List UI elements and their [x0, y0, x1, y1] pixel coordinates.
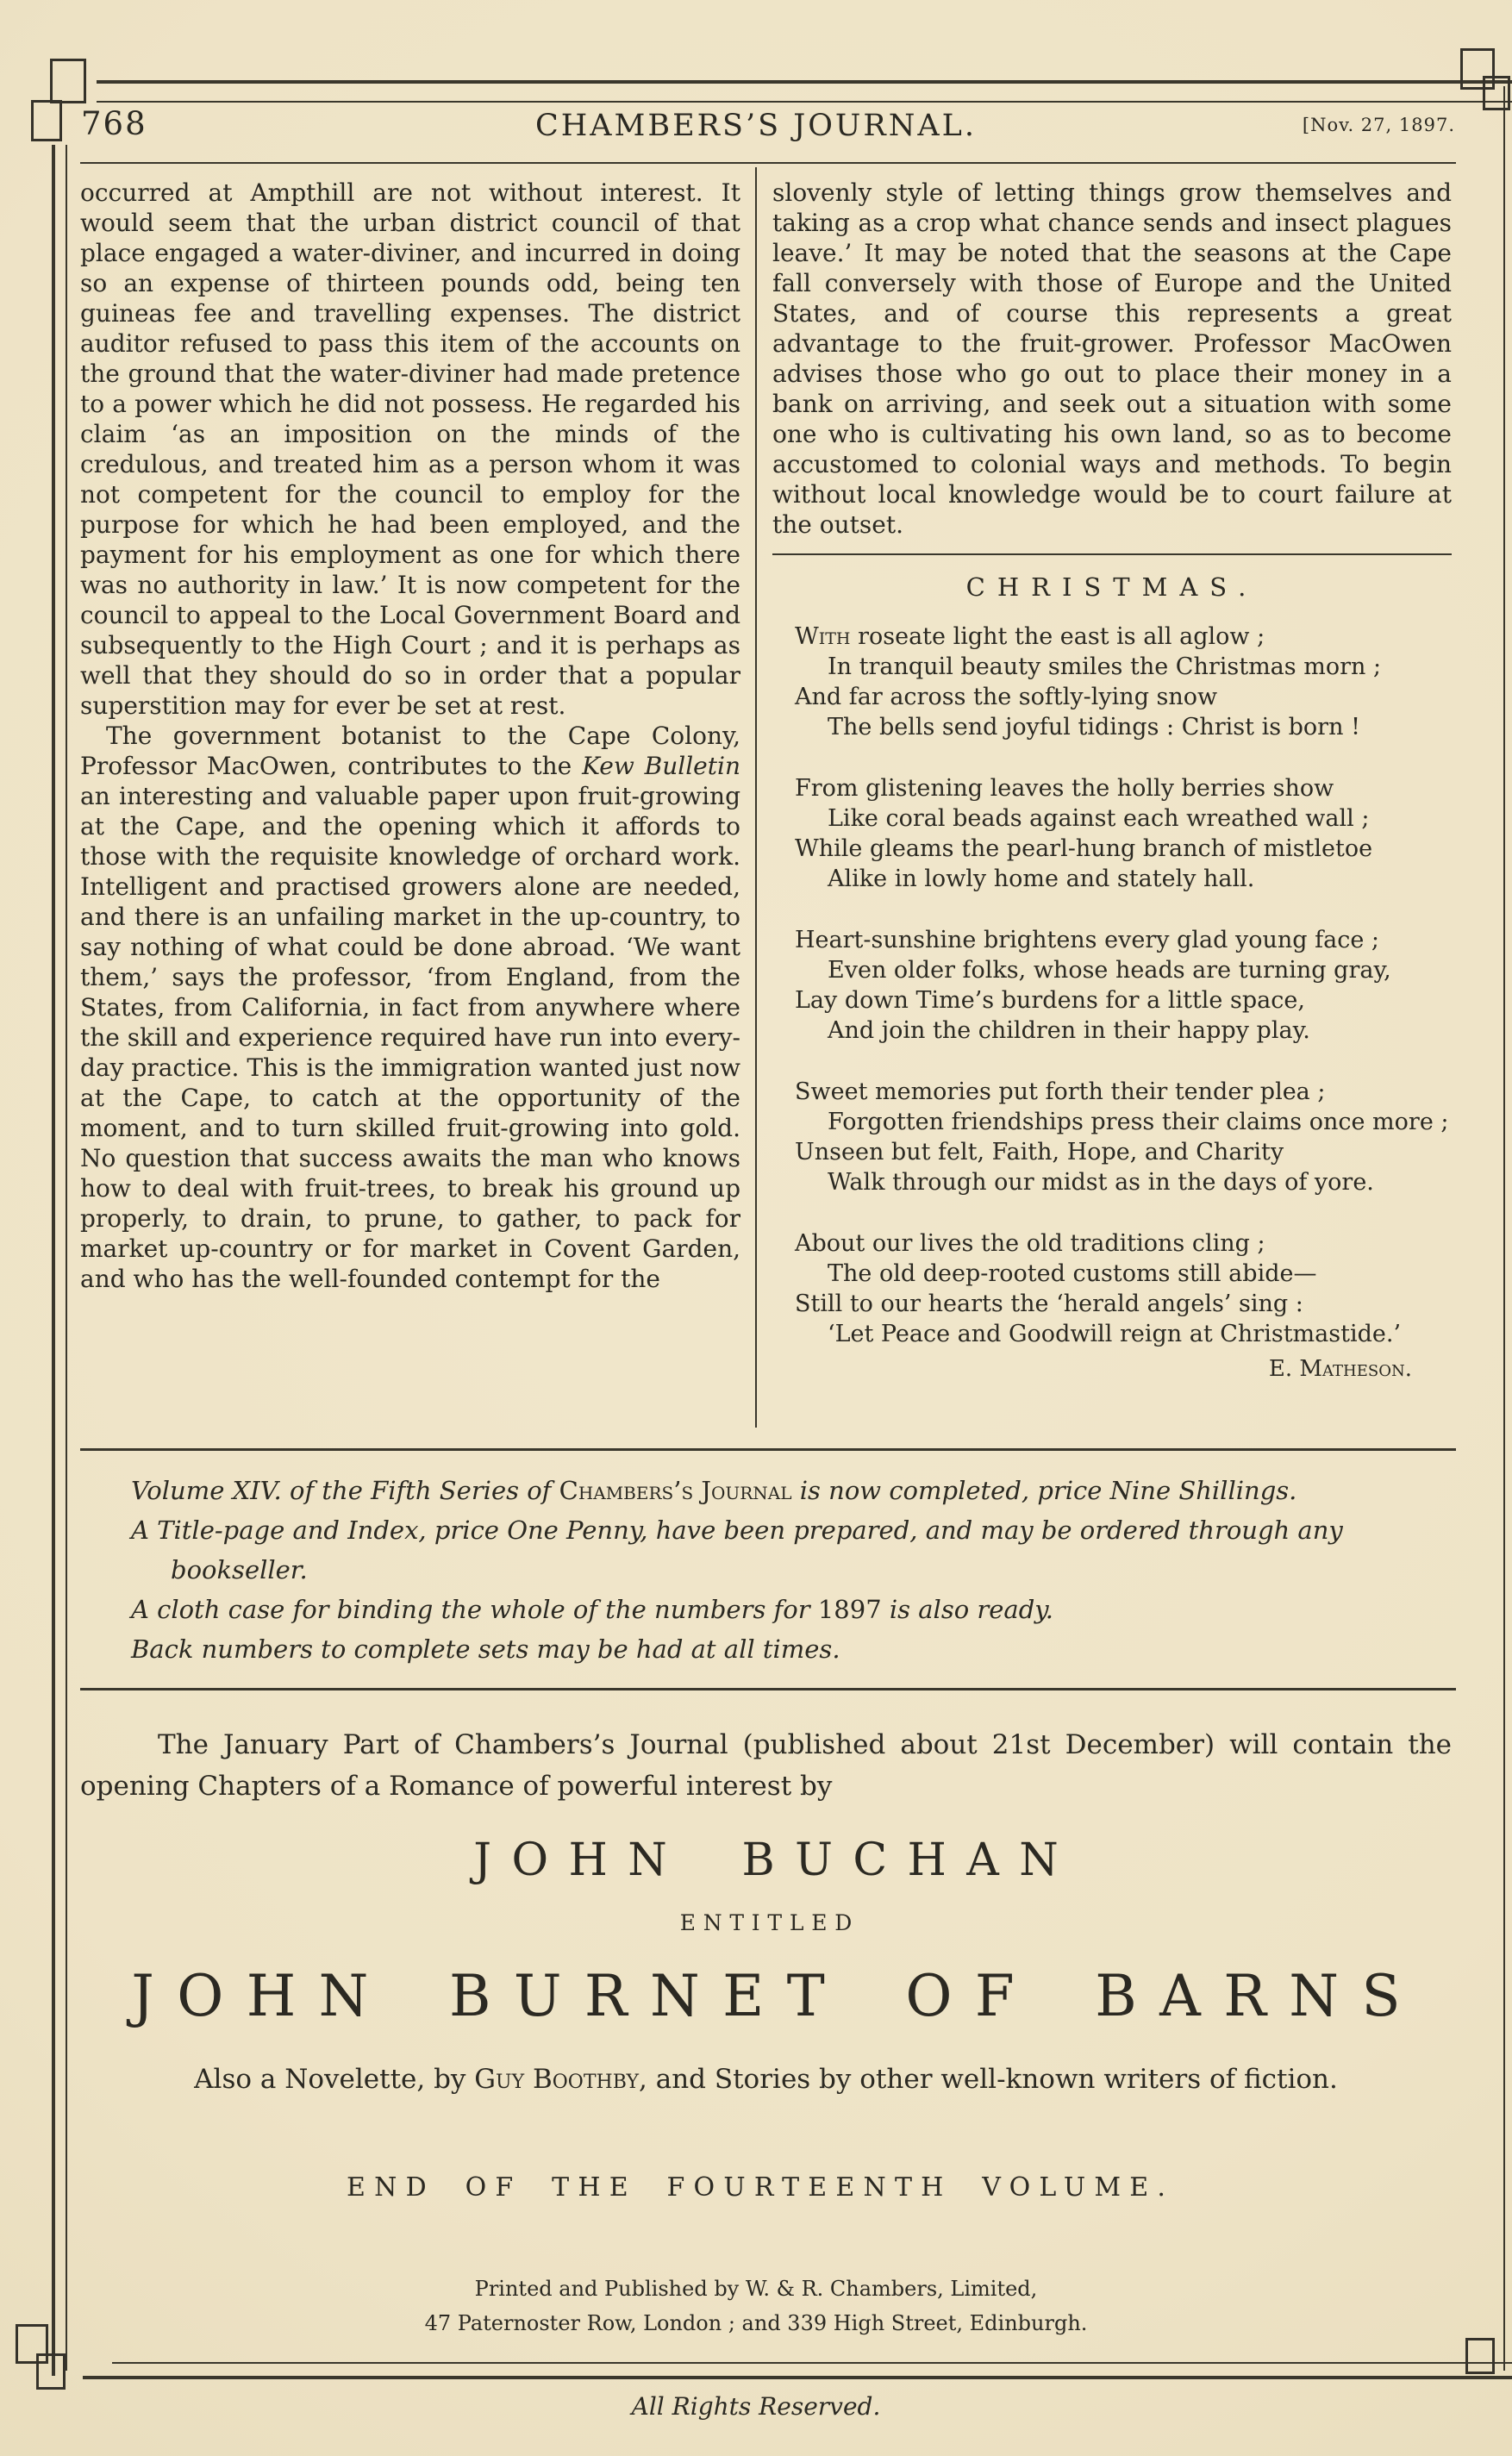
- imprint-line: Printed and Published by W. & R. Chamber…: [0, 2272, 1512, 2306]
- poem-opening-word: With: [795, 623, 851, 650]
- year-figure: 1897: [818, 1595, 882, 1624]
- notice: A cloth case for binding the whole of th…: [80, 1590, 1452, 1629]
- author-name: JOHN BUCHAN: [80, 1834, 1452, 1886]
- journal-name-smallcaps: Chambers’s Journal: [559, 1476, 792, 1505]
- notices-top-rule: [80, 1448, 1456, 1451]
- poem-line: In tranquil beauty smiles the Christmas …: [772, 652, 1452, 682]
- announcement-top-rule: [80, 1688, 1456, 1690]
- poem-line: The old deep-rooted customs still abide—: [772, 1259, 1452, 1289]
- notice: Back numbers to complete sets may be had…: [80, 1629, 1452, 1669]
- poem-signature: E. Matheson.: [772, 1354, 1452, 1384]
- poem-line: Heart-sunshine brightens every glad youn…: [772, 925, 1452, 955]
- corner-ornament-bottom-left-b: [36, 2353, 66, 2390]
- poem-line: And far across the softly-lying snow: [772, 682, 1452, 712]
- notice: Volume XIV. of the Fifth Series of Chamb…: [80, 1471, 1452, 1510]
- journal-masthead: CHAMBERS’S JOURNAL.: [0, 109, 1512, 143]
- article-column-left: occurred at Ampthill are not without int…: [80, 178, 740, 1294]
- top-border-thick: [97, 80, 1512, 84]
- poem-line: ‘Let Peace and Goodwill reign at Christm…: [772, 1319, 1452, 1349]
- also-text: Also a Novelette, by: [194, 2064, 474, 2095]
- corner-ornament-top-left-a: [50, 59, 86, 103]
- left-border-thin: [66, 145, 67, 2371]
- poem-title: CHRISTMAS.: [772, 572, 1452, 603]
- poem-line: Even older folks, whose heads are turnin…: [772, 955, 1452, 985]
- poem-line: Forgotten friendships press their claims…: [772, 1107, 1452, 1137]
- end-of-volume: END OF THE FOURTEENTH VOLUME.: [0, 2172, 1512, 2203]
- bottom-border-thick: [83, 2376, 1512, 2379]
- left-border-thick: [52, 145, 55, 2376]
- poem-line: Sweet memories put forth their tender pl…: [772, 1077, 1452, 1107]
- announcement-paragraph: The January Part of Chambers’s Journal (…: [80, 1724, 1452, 1807]
- header-rule: [80, 162, 1456, 164]
- journal-page: 768 CHAMBERS’S JOURNAL. [Nov. 27, 1897. …: [0, 0, 1512, 2456]
- poem-line: Unseen but felt, Faith, Hope, and Charit…: [772, 1137, 1452, 1167]
- poem-line: Alike in lowly home and stately hall.: [772, 864, 1452, 894]
- poem-line: And join the children in their happy pla…: [772, 1016, 1452, 1046]
- poem-line: Lay down Time’s burdens for a little spa…: [772, 985, 1452, 1016]
- novelette-author-smallcaps: Guy Boothby: [474, 2064, 639, 2095]
- column-divider: [755, 167, 757, 1428]
- bottom-border-thin: [112, 2362, 1512, 2364]
- top-border-thin: [97, 101, 1512, 103]
- right-border-thin: [1503, 86, 1505, 2371]
- notice-text: is also ready.: [882, 1595, 1053, 1624]
- poem-line: Walk through our midst as in the days of…: [772, 1167, 1452, 1197]
- poem-line: From glistening leaves the holly berries…: [772, 773, 1452, 803]
- corner-ornament-bottom-right: [1465, 2338, 1495, 2374]
- notice-text: Volume XIV. of the Fifth Series of: [131, 1476, 559, 1505]
- poem-line: While gleams the pearl-hung branch of mi…: [772, 834, 1452, 864]
- imprint-line: 47 Paternoster Row, London ; and 339 Hig…: [0, 2306, 1512, 2340]
- paragraph-text: slovenly style of letting things grow th…: [772, 178, 1452, 539]
- poem-line: About our lives the old traditions cling…: [772, 1228, 1452, 1259]
- article-paragraph: The government botanist to the Cape Colo…: [80, 721, 740, 1294]
- also-text: , and Stories by other well-known writer…: [639, 2064, 1338, 2095]
- imprint: Printed and Published by W. & R. Chamber…: [0, 2272, 1512, 2340]
- paragraph-text: an interesting and valuable paper upon f…: [80, 782, 740, 1293]
- article-column-right: slovenly style of letting things grow th…: [772, 178, 1452, 1384]
- rights-footer: All Rights Reserved.: [0, 2392, 1512, 2421]
- notice: A Title-page and Index, price One Penny,…: [80, 1510, 1452, 1590]
- notice-text: A cloth case for binding the whole of th…: [131, 1595, 818, 1624]
- article-paragraph: occurred at Ampthill are not without int…: [80, 178, 740, 721]
- poem-line: With roseate light the east is all aglow…: [772, 622, 1452, 652]
- notice-text: is now completed, price Nine Shillings.: [792, 1476, 1297, 1505]
- italic-title: Kew Bulletin: [582, 752, 740, 780]
- issue-date: [Nov. 27, 1897.: [1303, 115, 1455, 135]
- poem-line: Still to our hearts the ‘herald angels’ …: [772, 1289, 1452, 1319]
- poem-line-text: roseate light the east is all aglow ;: [851, 623, 1265, 650]
- poem: With roseate light the east is all aglow…: [772, 622, 1452, 1384]
- article-paragraph: slovenly style of letting things grow th…: [772, 178, 1452, 540]
- corner-ornament-top-right-b: [1483, 76, 1510, 110]
- publisher-notices: Volume XIV. of the Fifth Series of Chamb…: [80, 1471, 1452, 1669]
- entitled-label: ENTITLED: [80, 1910, 1452, 1935]
- book-title: JOHN BURNET OF BARNS: [80, 1963, 1452, 2029]
- paragraph-text: occurred at Ampthill are not without int…: [80, 178, 740, 720]
- announcement: The January Part of Chambers’s Journal (…: [80, 1724, 1452, 2095]
- section-rule: [772, 553, 1452, 555]
- poem-line: Like coral beads against each wreathed w…: [772, 803, 1452, 834]
- poem-line: The bells send joyful tidings : Christ i…: [772, 712, 1452, 742]
- also-line: Also a Novelette, by Guy Boothby, and St…: [80, 2064, 1452, 2095]
